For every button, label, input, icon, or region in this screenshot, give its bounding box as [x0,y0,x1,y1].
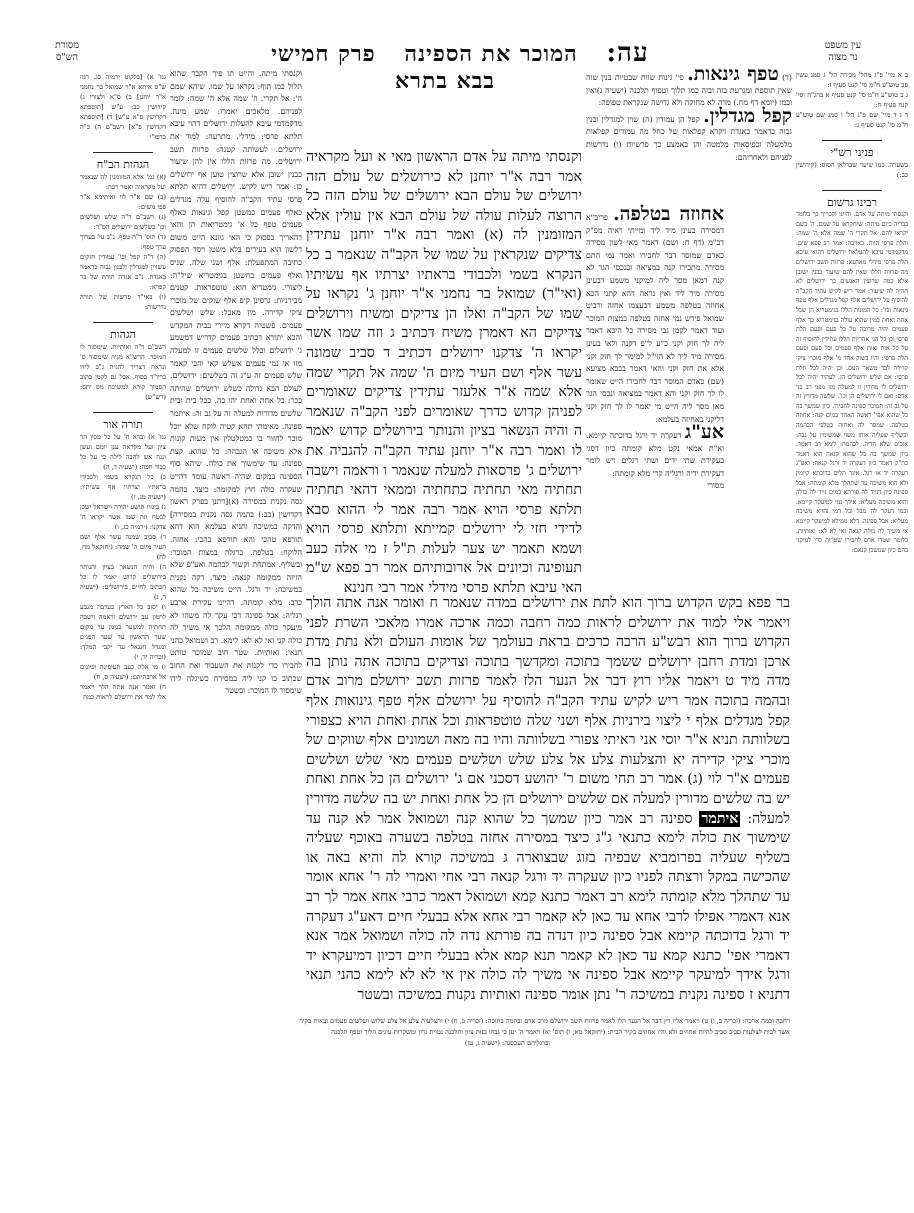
ornament-divider [80,148,166,156]
masechet-name: בבא בתרא [395,68,495,94]
rashbam-text: וקנסתי מיתה. והייט תו פיך הקבר שהוא תלול… [170,68,302,698]
tosafot-column-continued: אחוזה בטלפה. פריב"א דמסירה בעינן מיד ליד… [586,208,724,493]
hagahot-marker: (ד) [782,73,792,82]
torah-or-entry: ד) סביב שמנה עשר אלף ושם העיר מיום ה' שמ… [80,532,166,562]
gemara-text-top: וקנסתי מיתה על אדם הראשון מאי א ועל מקרא… [306,148,582,599]
hagahot-title: הגהות [80,330,166,340]
hagahot-bach-entry: (ב) שם א"ר לוי ואיתימא א"ר פפי משום: [80,192,166,212]
ein-mishpat-label: עין משפט נר מצוה [808,40,878,64]
tosafot-entry: אחוזה בטלפה. פריב"א דמסירה בעינן מיד ליד… [586,208,724,426]
ein-mishpat-entry: ב א מיי' פ"ג מהל' מכירה הל' ג סמג עשין פ… [796,70,908,90]
ornament-divider [796,136,908,144]
dibbur-hamatchil: אחוזה בטלפה. [613,203,724,225]
footer-line: אשר לבית לצלעות סביב סביב להיות אחוזים ו… [80,1027,790,1038]
gemara-paragraph: בר פפא בקש הקדוש ברוך הוא לתת את ירושלים… [306,594,790,1005]
daf-number: עה: [606,38,648,68]
torah-or-entry: ז) מי אלה כעב תעופינה וכיונים אל ארבתיהם… [80,662,166,682]
ein-mishpat-label-line2: נר מצוה [808,52,878,64]
rabbeinu-gershom-text: וקנסתי מיתה על אדם. והיינו וקבריך בך בלו… [796,210,908,555]
hagahot-bach-entry: (ו) באי"ד פרשות של תורה נדרשות: [80,292,166,312]
torah-or-footer: רחבה וכמה ארכה: (זכריה ב, ו) ט) ויאמר אל… [80,1016,790,1049]
hagahot-bach-title: הגהות הב"ח [80,160,166,170]
pninei-rashi-title: פניני רש"י [796,148,908,158]
ornament-divider [80,318,166,326]
dibbur-hamatchil: קפל מגדלין. [703,105,792,127]
torah-or-entry: ח) ואמר אנה אתה הלך ויאמר אלי למד את ירו… [80,682,166,702]
tosafot-text: פריב"א דמסירה בעינן מיד ליד ומייתי ראיה … [586,213,724,424]
torah-or-entry: גמ' א) וברא ה' על כל מכון הר ציון ועל מק… [80,432,166,472]
rabbeinu-gershom-title: רבינו גרשום [796,198,908,208]
tosafot-entry: (ד) טפף גינאות. פי' גינות שוות שבטיות בנ… [586,68,792,110]
hagahot-bach-entry: (ד) תוס' ד"ה טפף. נ"ב עי' בערוך ערך טפף: [80,232,166,252]
ein-mishpat-column: ב א מיי' פ"ג מהל' מכירה הל' ג סמג עשין פ… [796,70,908,555]
hagahot-bach-entry: (ה) ד"ה קפל וכו' עמודין חזקים עשויין למג… [80,252,166,292]
gemara-text: בר פפא בקש הקדוש ברוך הוא לתת את ירושלים… [306,595,790,827]
ein-mishpat-entry: ד ג ד מיי' שם פ"ג הל' ו סמג שם טוש"ע ח"מ… [796,110,908,130]
torah-or-entry: ו) יסוב כל הארץ כערבה מגבע לרמון נגב ירו… [80,602,166,662]
ein-mishpat-label-line1: עין משפט [808,40,878,52]
masoret-label: מסורת הש"ס [32,40,102,64]
tosafot-entry: קפל מגדלין. קפל הן עמודין (ה) שוין למגדל… [586,110,792,164]
tosafot-column: (ד) טפף גינאות. פי' גינות שוות שבטיות בנ… [586,68,792,164]
dibbur-hamatchil: אע"ג [685,421,724,443]
footer-line: רחבה וכמה ארכה: (זכריה ב, ו) ט) ויאמר אל… [80,1016,790,1027]
tosafot-footer: מסורי [586,480,724,493]
ornament-divider [80,408,166,416]
torah-or-entry: ב) כל הנקרא בשמי ולכבודי בראתיו יצרתיו א… [80,472,166,502]
hagahot-bach-entry: (ג) רשב"ם ד"ה שלש ושלשים וכו' בשלשים ירו… [80,212,166,232]
masoret-label-line2: הש"ס [32,52,102,64]
torah-or-entry: ג) בימיו תושע יהודה וישראל ישכן לבטח וזה… [80,502,166,532]
footer-line: וברגליהם תעכסנה: (ישעיה ג, טז) [80,1038,790,1049]
masoret-hashas-text: גמ' א) [בלקוט ירמיה כג. רמז ש"ס איתא א"ר… [80,72,166,142]
hagahot-bach-entry: (א) גמ' אלא המזומנין לה שנאמר ועל מקראיה… [80,172,166,192]
itmar-marker: איתמר [699,811,740,827]
pninei-rashi-text: בשערה. כמו שיער שברלאן הסוס: (קידושין כב… [796,160,908,180]
dibbur-hamatchil: טפף גינאות. [687,63,779,85]
hagahot-text: רשב"ם ד"ה ואותיות. שימסור לו המוכר. הרש"… [80,342,166,402]
gemara-text-bottom: בר פפא בקש הקדוש ברוך הוא לתת את ירושלים… [306,594,790,1005]
torah-or-title: תורה אור [80,420,166,430]
perek-number: פרק חמישי [271,41,375,67]
gemara-paragraph: וקנסתי מיתה על אדם הראשון מאי א ועל מקרא… [306,148,582,599]
torah-or-entry: ה) והיה הנשאר בציון והנותר בירושלים קדוש… [80,562,166,602]
ein-mishpat-entry: ג ב טוש"ע ח"מ סי' קנט סעיף א בהג"ה וסי' … [796,90,908,110]
gemara-text: ספינה רב אמר כיון שמשך כל שהוא קנה ושמוא… [306,811,790,1003]
perek-name: המוכר את הספינה [404,41,577,67]
masoret-label-line1: מסורת [32,40,102,52]
masoret-column: גמ' א) [בלקוט ירמיה כג. רמז ש"ס איתא א"ר… [80,72,166,702]
rashbam-column: וקנסתי מיתה. והייט תו פיך הקבר שהוא תלול… [170,68,302,698]
ornament-divider [796,186,908,194]
tosafot-entry: אע"ג דעקרה יד ורגל בדוכתה קיימא. וא"ת אמ… [586,426,724,480]
